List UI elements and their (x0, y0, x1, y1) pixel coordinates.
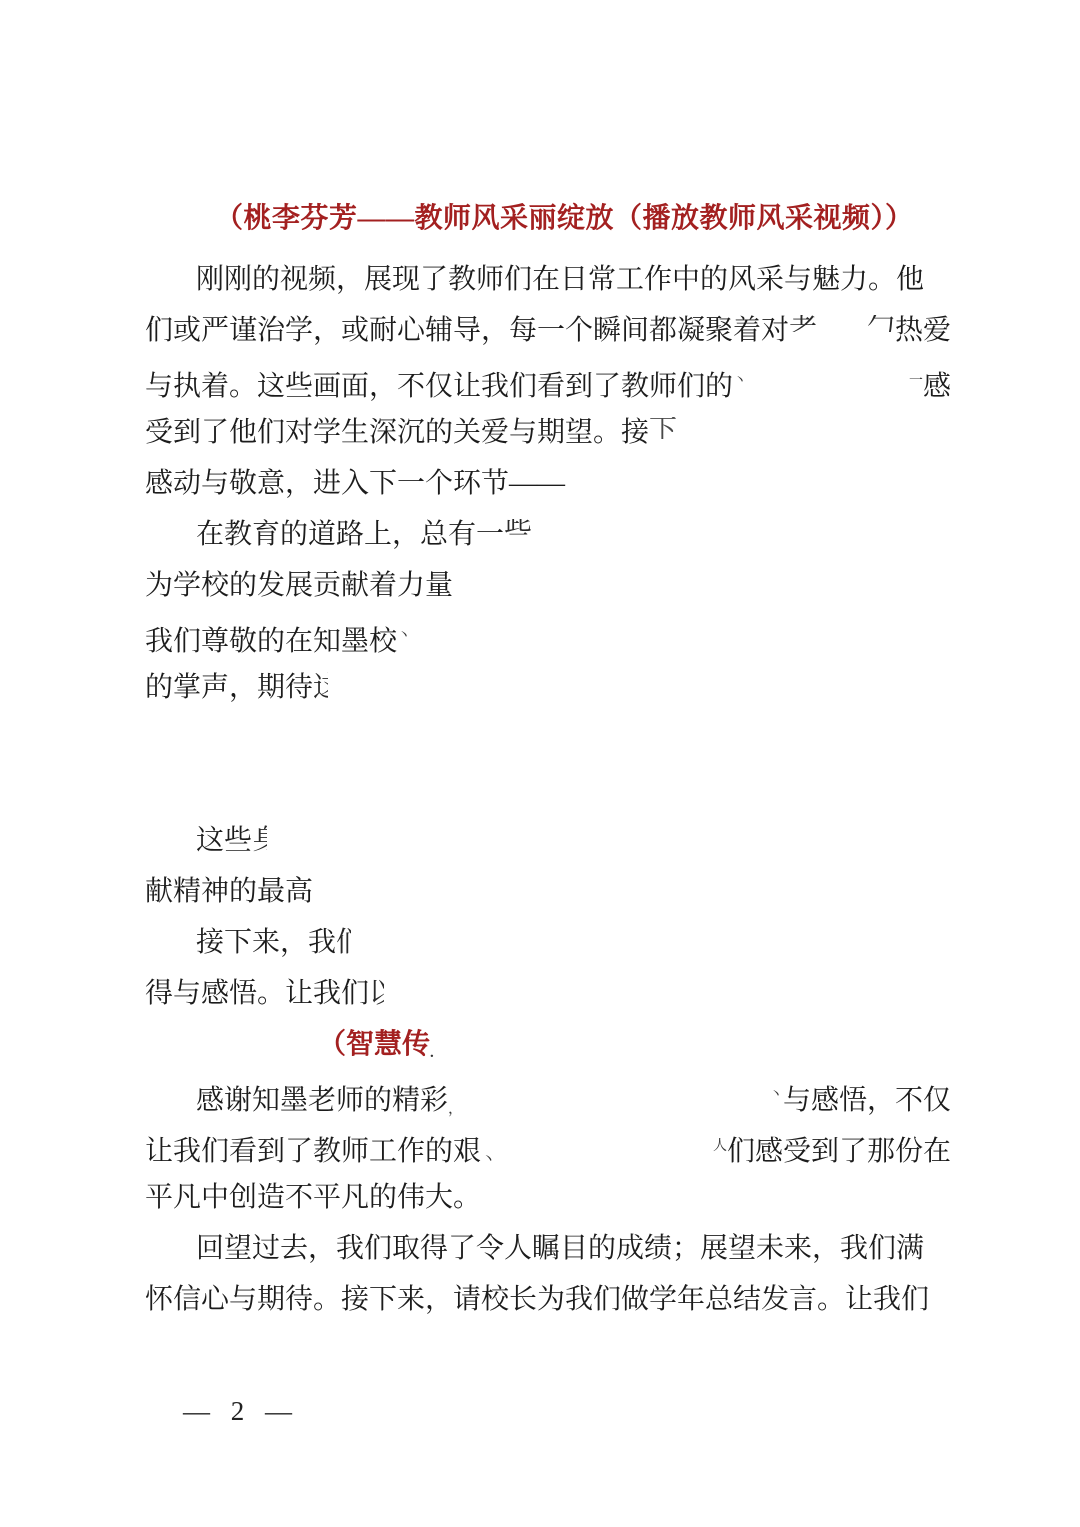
partial-glyph: 丶 (397, 629, 411, 644)
body-line-erased: 我们尊敬的在知墨校丶 (145, 611, 951, 662)
partial-glyph: 们 (336, 917, 351, 968)
partial-glyph: 些 (504, 519, 532, 536)
body-line-erased: 的掌声，期待这 (145, 662, 951, 713)
partial-glyph: 人 (713, 1139, 727, 1154)
body-line: 刚刚的视频，展现了教师们在日常工作中的风采与魅力。他 (145, 254, 951, 305)
body-line: 献精神的最高 (145, 866, 951, 917)
body-line: 平凡中创造不平凡的伟大。 (145, 1172, 951, 1223)
line-right-segment: 一感 (909, 356, 951, 412)
line-right-segment: 丶与感悟，不仅 (769, 1070, 951, 1126)
body-line: 感动与敬意，进入下一个环节—— (145, 458, 951, 509)
body-line-erased: 让我们看到了教师工作的艰丶 人们感受到了那份在 (145, 1121, 951, 1172)
partial-glyph: 一 (909, 374, 923, 389)
line-right-segment: 勹热爱 (867, 305, 951, 356)
partial-glyph: 丶 (733, 374, 747, 389)
partial-glyph: 这 (313, 662, 328, 713)
partial-glyph: 勹 (867, 315, 895, 332)
body-line: 回望过去，我们取得了令人瞩目的成绩；展望未来，我们满 (145, 1223, 951, 1274)
partial-glyph: 耂 (789, 315, 817, 332)
scanned-document-page: （桃李芬芳——教师风采丽绽放（播放教师风采视频）） 刚刚的视频，展现了教师们在日… (0, 0, 1080, 1527)
body-line: 怀信心与期待。接下来，请校长为我们做学年总结发言。让我们 (145, 1274, 951, 1325)
partial-glyph: 下 (649, 417, 677, 439)
partial-glyph: 身 (252, 815, 267, 866)
partial-glyph: 丶 (769, 1088, 783, 1103)
red-heading-taoli: （桃李芬芳——教师风采丽绽放（播放教师风采视频）） (215, 193, 951, 244)
line-left-segment: 与执着。这些画面，不仅让我们看到了教师们的丶 (145, 356, 747, 412)
document-content: （桃李芬芳——教师风采丽绽放（播放教师风采视频）） 刚刚的视频，展现了教师们在日… (145, 193, 951, 1325)
body-line-erased: 接下来，我们 (145, 917, 951, 968)
body-line-erased: 们或严谨治学，或耐心辅导，每一个瞬间都凝聚着对耂 勹热爱 (145, 305, 951, 356)
partial-glyph: 以 (369, 968, 384, 1019)
body-line-erased: 在教育的道路上，总有一些 (145, 509, 951, 560)
body-line-erased: 这些身 (145, 815, 951, 866)
body-line-erased: 受到了他们对学生深沉的关爱与期望。接下 (145, 407, 951, 458)
line-left-segment: 们或严谨治学，或耐心辅导，每一个瞬间都凝聚着对耂 (145, 305, 817, 356)
line-right-segment: 人们感受到了那份在 (713, 1121, 951, 1177)
partial-glyph: 丶 (481, 1152, 496, 1168)
partial-glyph: . (430, 1045, 434, 1061)
body-line: 为学校的发展贡献着力量 (145, 560, 951, 611)
partial-glyph: ， (448, 1101, 463, 1117)
body-line-erased: 与执着。这些画面，不仅让我们看到了教师们的丶 一感 (145, 356, 951, 407)
red-heading-zhihui: （智慧传. (145, 1019, 951, 1070)
body-line-erased: 得与感悟。让我们以 (145, 968, 951, 1019)
page-number: — 2 — (183, 1386, 299, 1437)
body-line-erased: 感谢知墨老师的精彩， 丶与感悟，不仅 (145, 1070, 951, 1121)
whited-out-region (145, 713, 951, 815)
